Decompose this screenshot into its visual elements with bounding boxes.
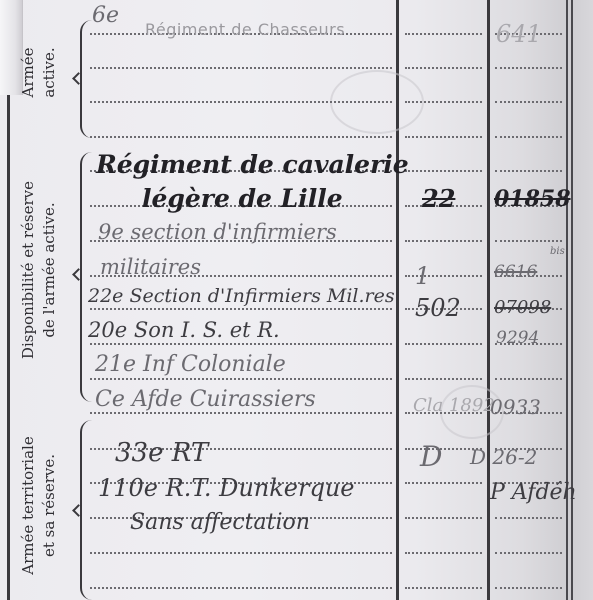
dotted-rule [405,482,482,484]
section-label-armee-territoriale: Armée territoriale et sa réserve. [18,413,60,598]
dotted-rule [495,587,562,589]
entry-text: 9e section d'infirmiers [98,220,337,244]
col2-value: D 26-2 [470,445,537,469]
label-line: Disponibilité et réserve [18,145,39,395]
section-label-armee-active: Armée active. [18,10,60,135]
entry-text: 33e RT [115,438,208,468]
dotted-rule [495,378,562,380]
col2-value: 01858 [494,186,571,212]
dotted-rule [495,552,562,554]
dotted-rule [495,517,562,519]
dotted-rule [90,136,392,138]
col1-value: 502 [415,294,461,322]
right-border-line-1 [566,0,568,600]
dotted-rule [495,170,562,172]
entry-text: 21e Inf Coloniale [95,352,286,377]
dotted-rule [405,240,482,242]
entry-text: 22e Section d'Infirmiers Mil.res [88,285,395,307]
printed-regiment-text: Régiment de Chasseurs [145,20,345,39]
col2-suffix: bis [550,246,565,257]
register-page: Armée active. Disponibilité et réserve d… [0,0,593,600]
entry-text: 20e Son I. S. et R. [88,318,280,342]
dotted-rule [405,517,482,519]
col1-value: 1 [415,262,430,290]
col1-value: 22 [422,184,455,213]
brace-armee-territoriale [80,420,92,600]
entry-prefix: 6e [92,3,119,28]
dotted-rule [90,101,392,103]
brace-disponibilite [80,152,92,402]
section-label-disponibilite: Disponibilité et réserve de l'armée acti… [18,145,60,395]
brace-armee-active [80,20,92,138]
dotted-rule [405,101,482,103]
column-separator-2 [487,0,490,600]
dotted-rule [405,378,482,380]
dotted-rule [405,67,482,69]
label-line: Armée [18,10,39,135]
entry-text: Sans affectation [130,510,310,535]
col2-value: 0933 [490,395,541,419]
dotted-rule [495,101,562,103]
dotted-rule [405,33,482,35]
dotted-rule [90,412,392,414]
col2-value: 9294 [496,328,539,348]
dotted-rule [90,552,392,554]
dotted-rule [495,240,562,242]
right-border-line-2 [571,0,573,600]
dotted-rule [90,378,392,380]
dotted-rule [405,343,482,345]
entry-text: 110e R.T. Dunkerque [98,474,354,502]
dotted-rule [495,136,562,138]
dotted-rule [90,308,392,310]
entry-text: Ce Afde Cuirassiers [95,387,316,412]
label-line: et sa réserve. [39,413,60,598]
col2-value: 641 [496,20,542,48]
entry-text: militaires [100,255,201,279]
label-line: de l'armée active. [39,145,60,395]
col2-value: 07098 [494,297,551,318]
label-line: active. [39,10,60,135]
entry-text: légère de Lille [142,184,343,213]
dotted-rule [495,67,562,69]
dotted-rule [90,67,392,69]
col2-value: 6616 [494,262,537,282]
entry-text: Régiment de cavalerie [96,150,409,179]
col1-value: D [420,440,442,473]
dotted-rule [405,170,482,172]
dotted-rule [405,136,482,138]
col2-value: P Afdéh [490,480,577,505]
left-border-line [7,95,10,600]
dotted-rule [405,552,482,554]
dotted-rule [90,343,392,345]
col1-value: Cla 1892 [413,395,495,416]
dotted-rule [90,587,392,589]
label-line: Armée territoriale [18,413,39,598]
dotted-rule [405,587,482,589]
